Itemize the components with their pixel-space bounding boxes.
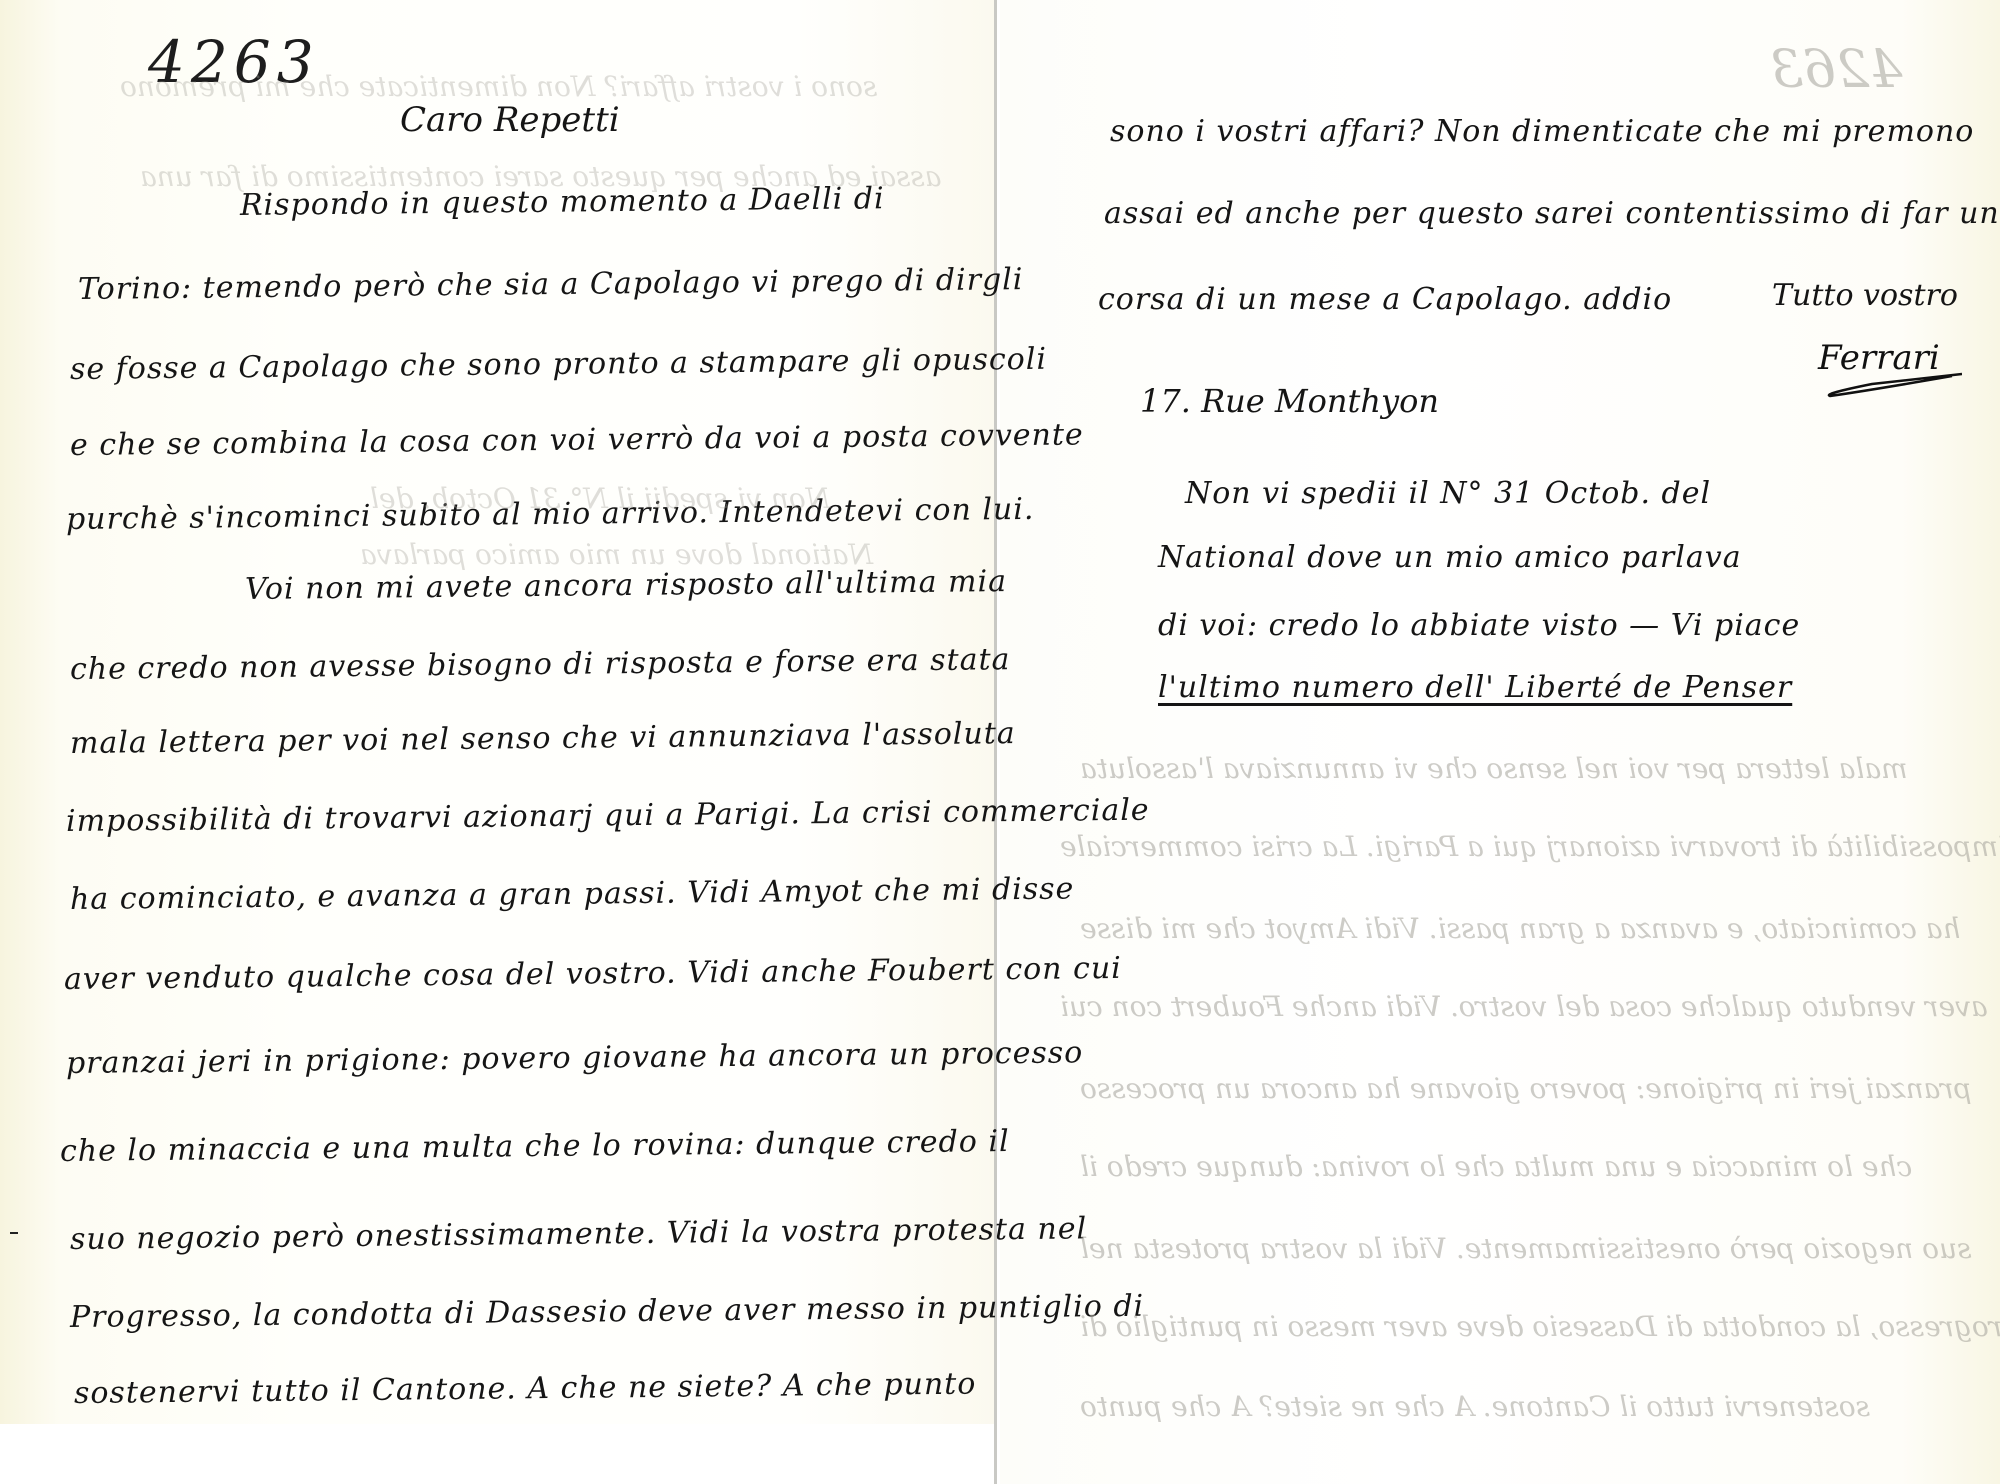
bleed-through-line: aver venduto qualche cosa del vostro. Vi… [1060,990,1988,1023]
closing-phrase: Tutto vostro [1772,278,1958,313]
postscript-line: National dove un mio amico parlava [1158,540,1742,575]
postscript-line: Non vi spedii il N° 31 Octob. del [1185,476,1711,511]
bleed-through-line: suo negozio però onestissimamente. Vidi … [1080,1232,1971,1265]
bleed-through-line: che lo minaccia e una multa che lo rovin… [1080,1150,1912,1183]
bleed-through-line: assai ed anche per questo sarei contenti… [140,160,941,193]
postscript-line: di voi: credo lo abbiate visto — Vi piac… [1158,608,1800,643]
bleed-through-line: sostenervi tutto il Cantone. A che ne si… [1080,1390,1870,1423]
bleed-through-line: Non vi spedii il N° 31 Octob. del [370,482,830,515]
bleed-through-archive-number: 4263 [1770,40,1902,100]
letter-line: sono i vostri affari? Non dimenticate ch… [1110,114,1974,149]
postscript-line: l'ultimo numero dell' Liberté de Penser [1158,670,1792,705]
margin-mark [10,1232,18,1234]
bleed-through-line: pranzai jeri in prigione: povero giovane… [1080,1072,1972,1105]
bleed-through-line: National dove un mio amico parlava [360,538,873,571]
letter-line: assai ed anche per questo sarei contenti… [1104,196,2000,231]
letter-line: corsa di un mese a Capolago. addio [1098,282,1672,317]
bleed-through-line: impossibilità di trovarvi azionarj qui a… [1060,830,2000,863]
bleed-through-line: Progresso, la condotta di Dassesio deve … [1080,1310,2000,1343]
sender-address: 17. Rue Monthyon [1140,382,1439,420]
bleed-through-line: mala lettera per voi nel senso che vi an… [1080,752,1908,785]
bleed-through-line: sono i vostri affari? Non dimenticate ch… [120,70,877,103]
signature-flourish-icon [1812,370,1962,400]
salutation: Caro Repetti [400,100,620,140]
bleed-through-line: ha cominciato, e avanza a gran passi. Vi… [1080,912,1960,945]
